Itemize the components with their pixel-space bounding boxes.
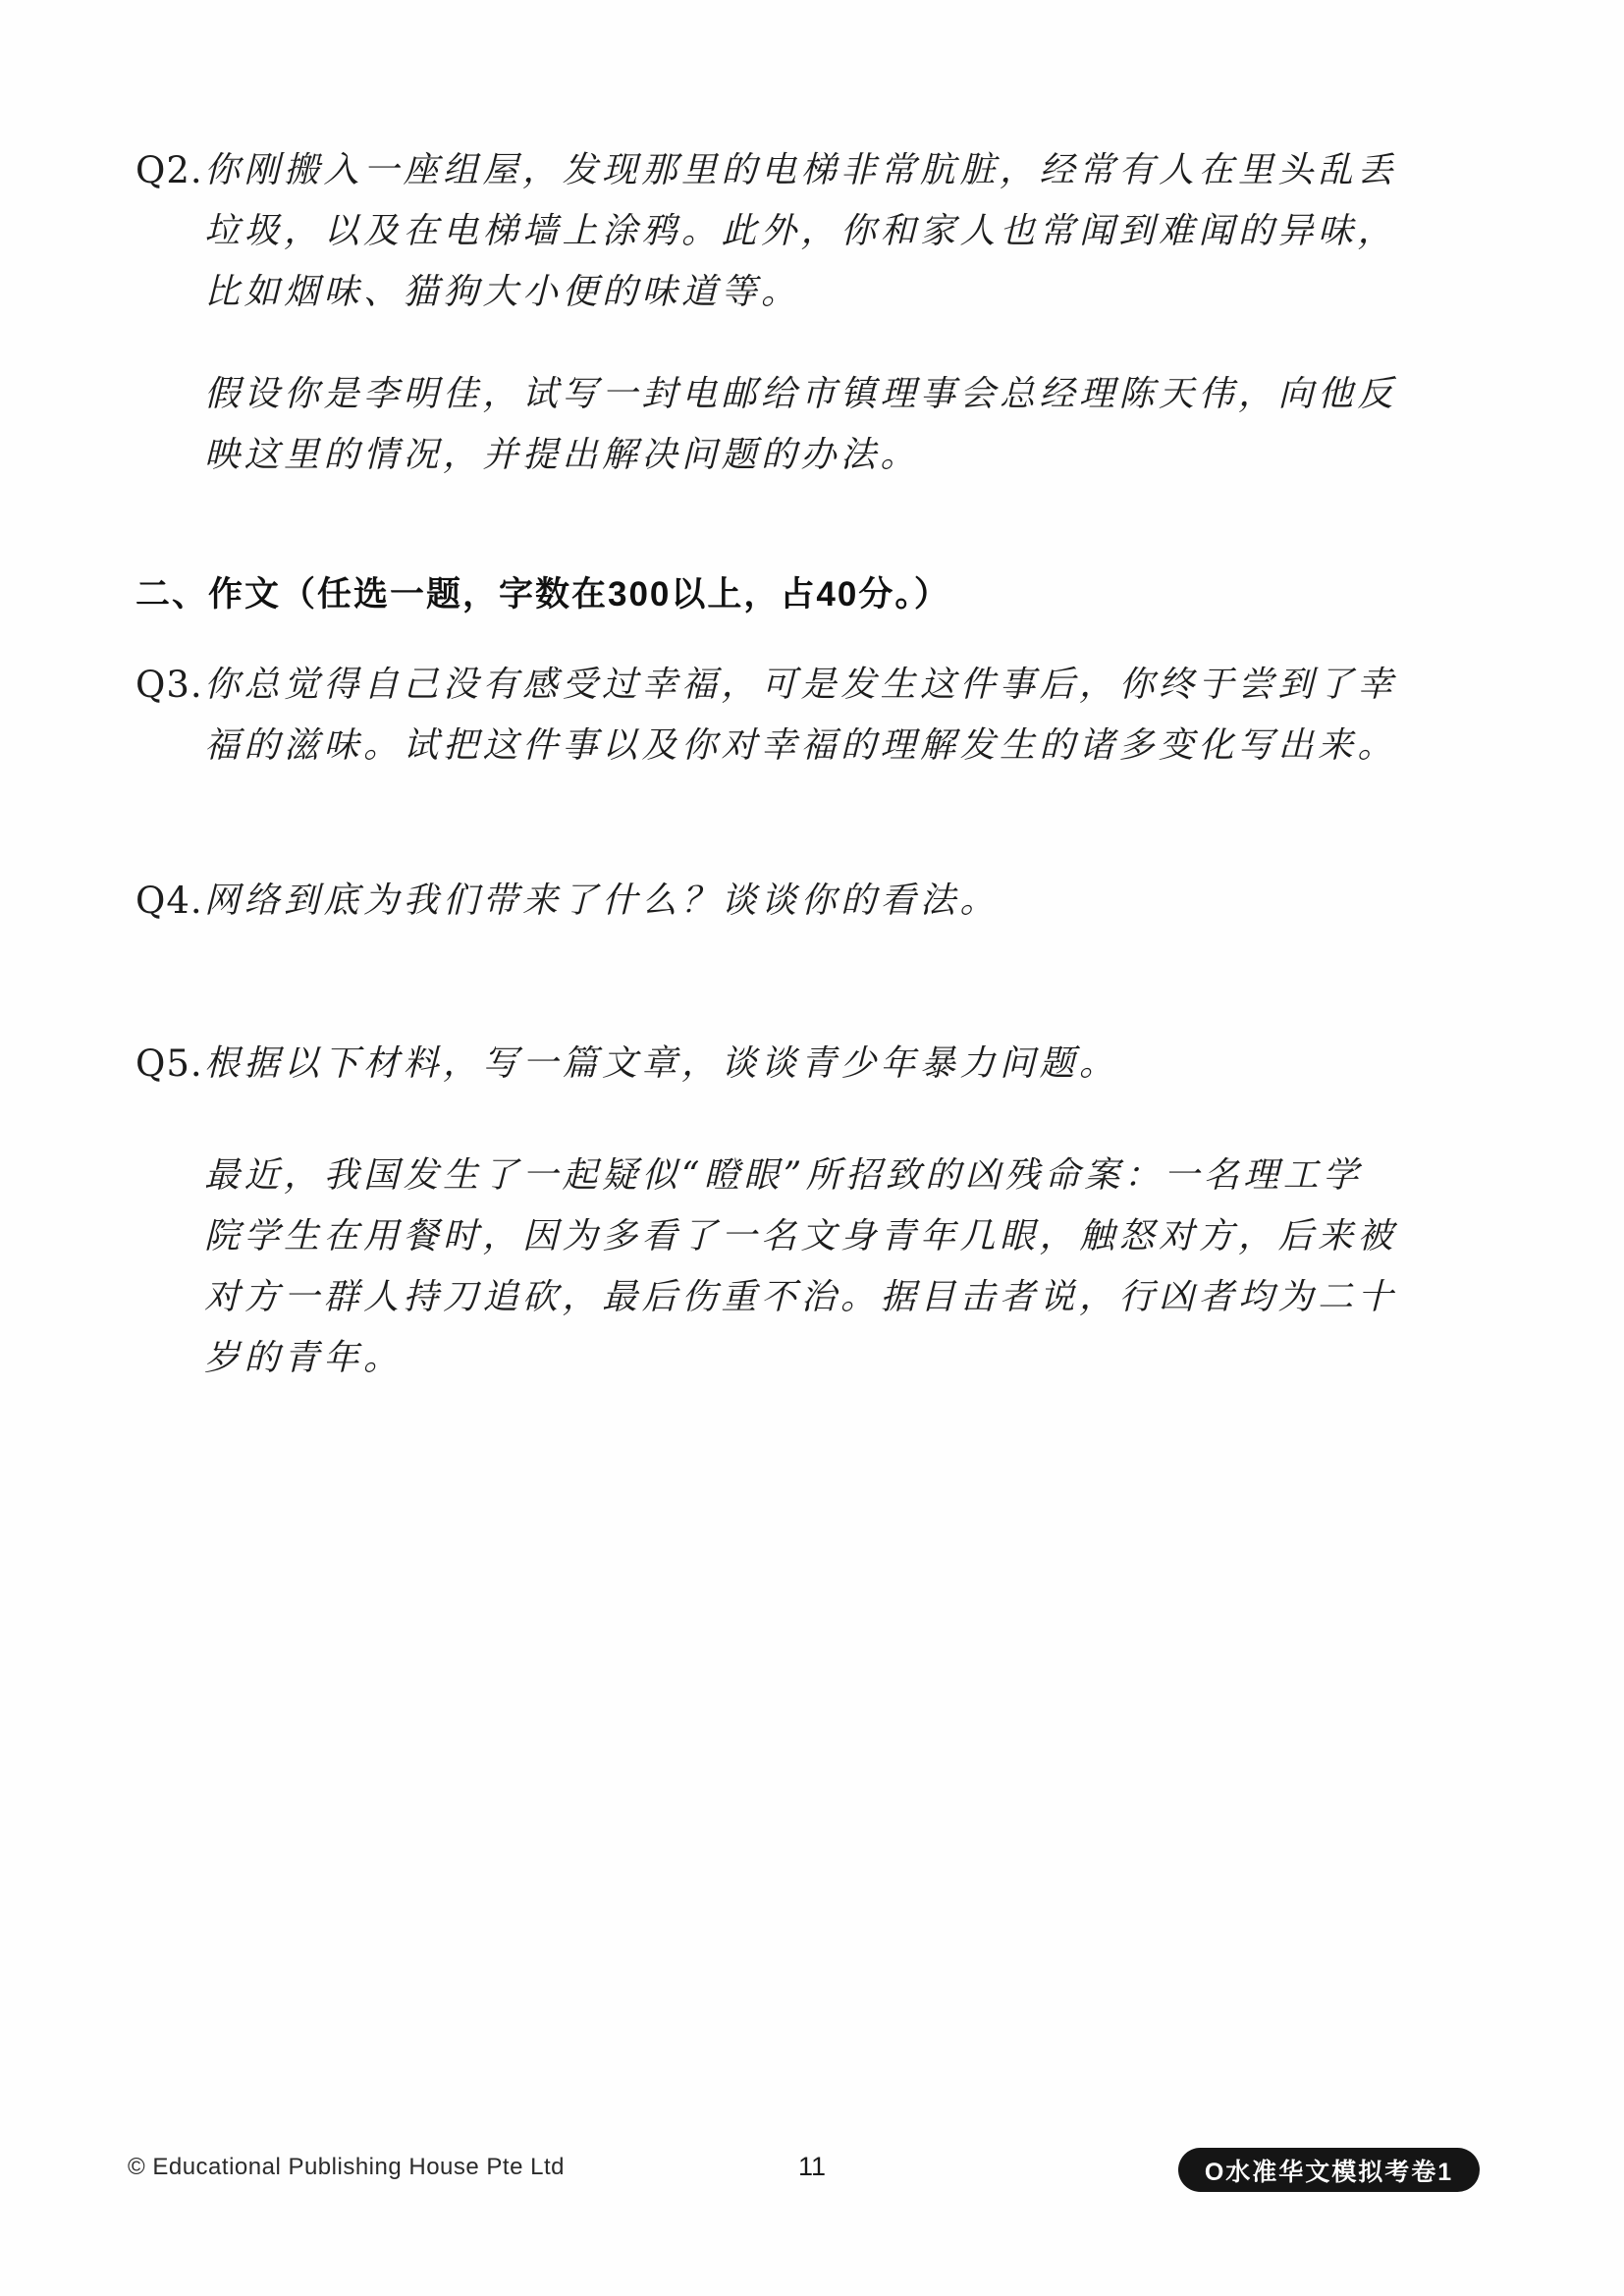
question-q3-label: Q3. [135, 655, 204, 716]
gap [135, 932, 1487, 1034]
q2-para2-line2: 映这里的情况，并提出解决问题的办法。 [204, 425, 1487, 486]
page-footer: © Educational Publishing House Pte Ltd 1… [0, 2146, 1624, 2195]
q3-line1: 你总觉得自己没有感受过幸福，可是发生这件事后，你终于尝到了幸 [204, 655, 1487, 716]
gap [135, 776, 1487, 871]
question-q3: Q3. 你总觉得自己没有感受过幸福，可是发生这件事后，你终于尝到了幸 福的滋味。… [135, 655, 1487, 776]
question-q2-label: Q2. [135, 140, 204, 201]
q5-material-line1: 最近，我国发生了一起疑似“瞪眼”所招致的凶残命案：一名理工学 [204, 1146, 1487, 1206]
exam-series-badge: O水准华文模拟考卷1 [1178, 2148, 1480, 2192]
q5-material-paragraph: 最近，我国发生了一起疑似“瞪眼”所招致的凶残命案：一名理工学 院学生在用餐时，因… [204, 1146, 1487, 1389]
q2-para1-line3: 比如烟味、猫狗大小便的味道等。 [204, 262, 1487, 323]
question-q2: Q2. 你刚搬入一座组屋，发现那里的电梯非常肮脏，经常有人在里头乱丢 垃圾，以及… [135, 140, 1487, 486]
q2-para1-line2: 垃圾，以及在电梯墙上涂鸦。此外，你和家人也常闻到难闻的异味， [204, 201, 1487, 262]
question-q4: Q4. 网络到底为我们带来了什么？谈谈你的看法。 [135, 871, 1487, 932]
q3-line2: 福的滋味。试把这件事以及你对幸福的理解发生的诸多变化写出来。 [204, 716, 1487, 776]
question-q3-text: 你总觉得自己没有感受过幸福，可是发生这件事后，你终于尝到了幸 福的滋味。试把这件… [204, 655, 1487, 776]
q2-para2-line1: 假设你是李明佳，试写一封电邮给市镇理事会总经理陈天伟，向他反 [204, 364, 1487, 425]
question-q4-text: 网络到底为我们带来了什么？谈谈你的看法。 [204, 871, 1487, 932]
q5-line1: 根据以下材料，写一篇文章，谈谈青少年暴力问题。 [204, 1034, 1487, 1095]
q5-material-line3: 对方一群人持刀追砍，最后伤重不治。据目击者说，行凶者均为二十 [204, 1267, 1487, 1328]
question-q4-label: Q4. [135, 871, 204, 932]
question-q2-text: 你刚搬入一座组屋，发现那里的电梯非常肮脏，经常有人在里头乱丢 垃圾，以及在电梯墙… [204, 140, 1487, 486]
q5-material-line2: 院学生在用餐时，因为多看了一名文身青年几眼，触怒对方，后来被 [204, 1206, 1487, 1267]
question-q5-text: 根据以下材料，写一篇文章，谈谈青少年暴力问题。 [204, 1034, 1487, 1095]
q2-para1-line1: 你刚搬入一座组屋，发现那里的电梯非常肮脏，经常有人在里头乱丢 [204, 140, 1487, 201]
exam-paper-page: Q2. 你刚搬入一座组屋，发现那里的电梯非常肮脏，经常有人在里头乱丢 垃圾，以及… [0, 0, 1624, 2296]
q5-material-line4: 岁的青年。 [204, 1328, 1487, 1389]
question-q5-label: Q5. [135, 1034, 204, 1095]
gap [135, 1095, 1487, 1146]
q4-line1: 网络到底为我们带来了什么？谈谈你的看法。 [204, 871, 1487, 932]
question-q5: Q5. 根据以下材料，写一篇文章，谈谈青少年暴力问题。 [135, 1034, 1487, 1095]
q2-paragraph-gap [204, 323, 1487, 364]
page-content: Q2. 你刚搬入一座组屋，发现那里的电梯非常肮脏，经常有人在里头乱丢 垃圾，以及… [135, 140, 1487, 1389]
section-2-heading: 二、作文（任选一题，字数在300以上，占40分。） [135, 572, 1487, 617]
